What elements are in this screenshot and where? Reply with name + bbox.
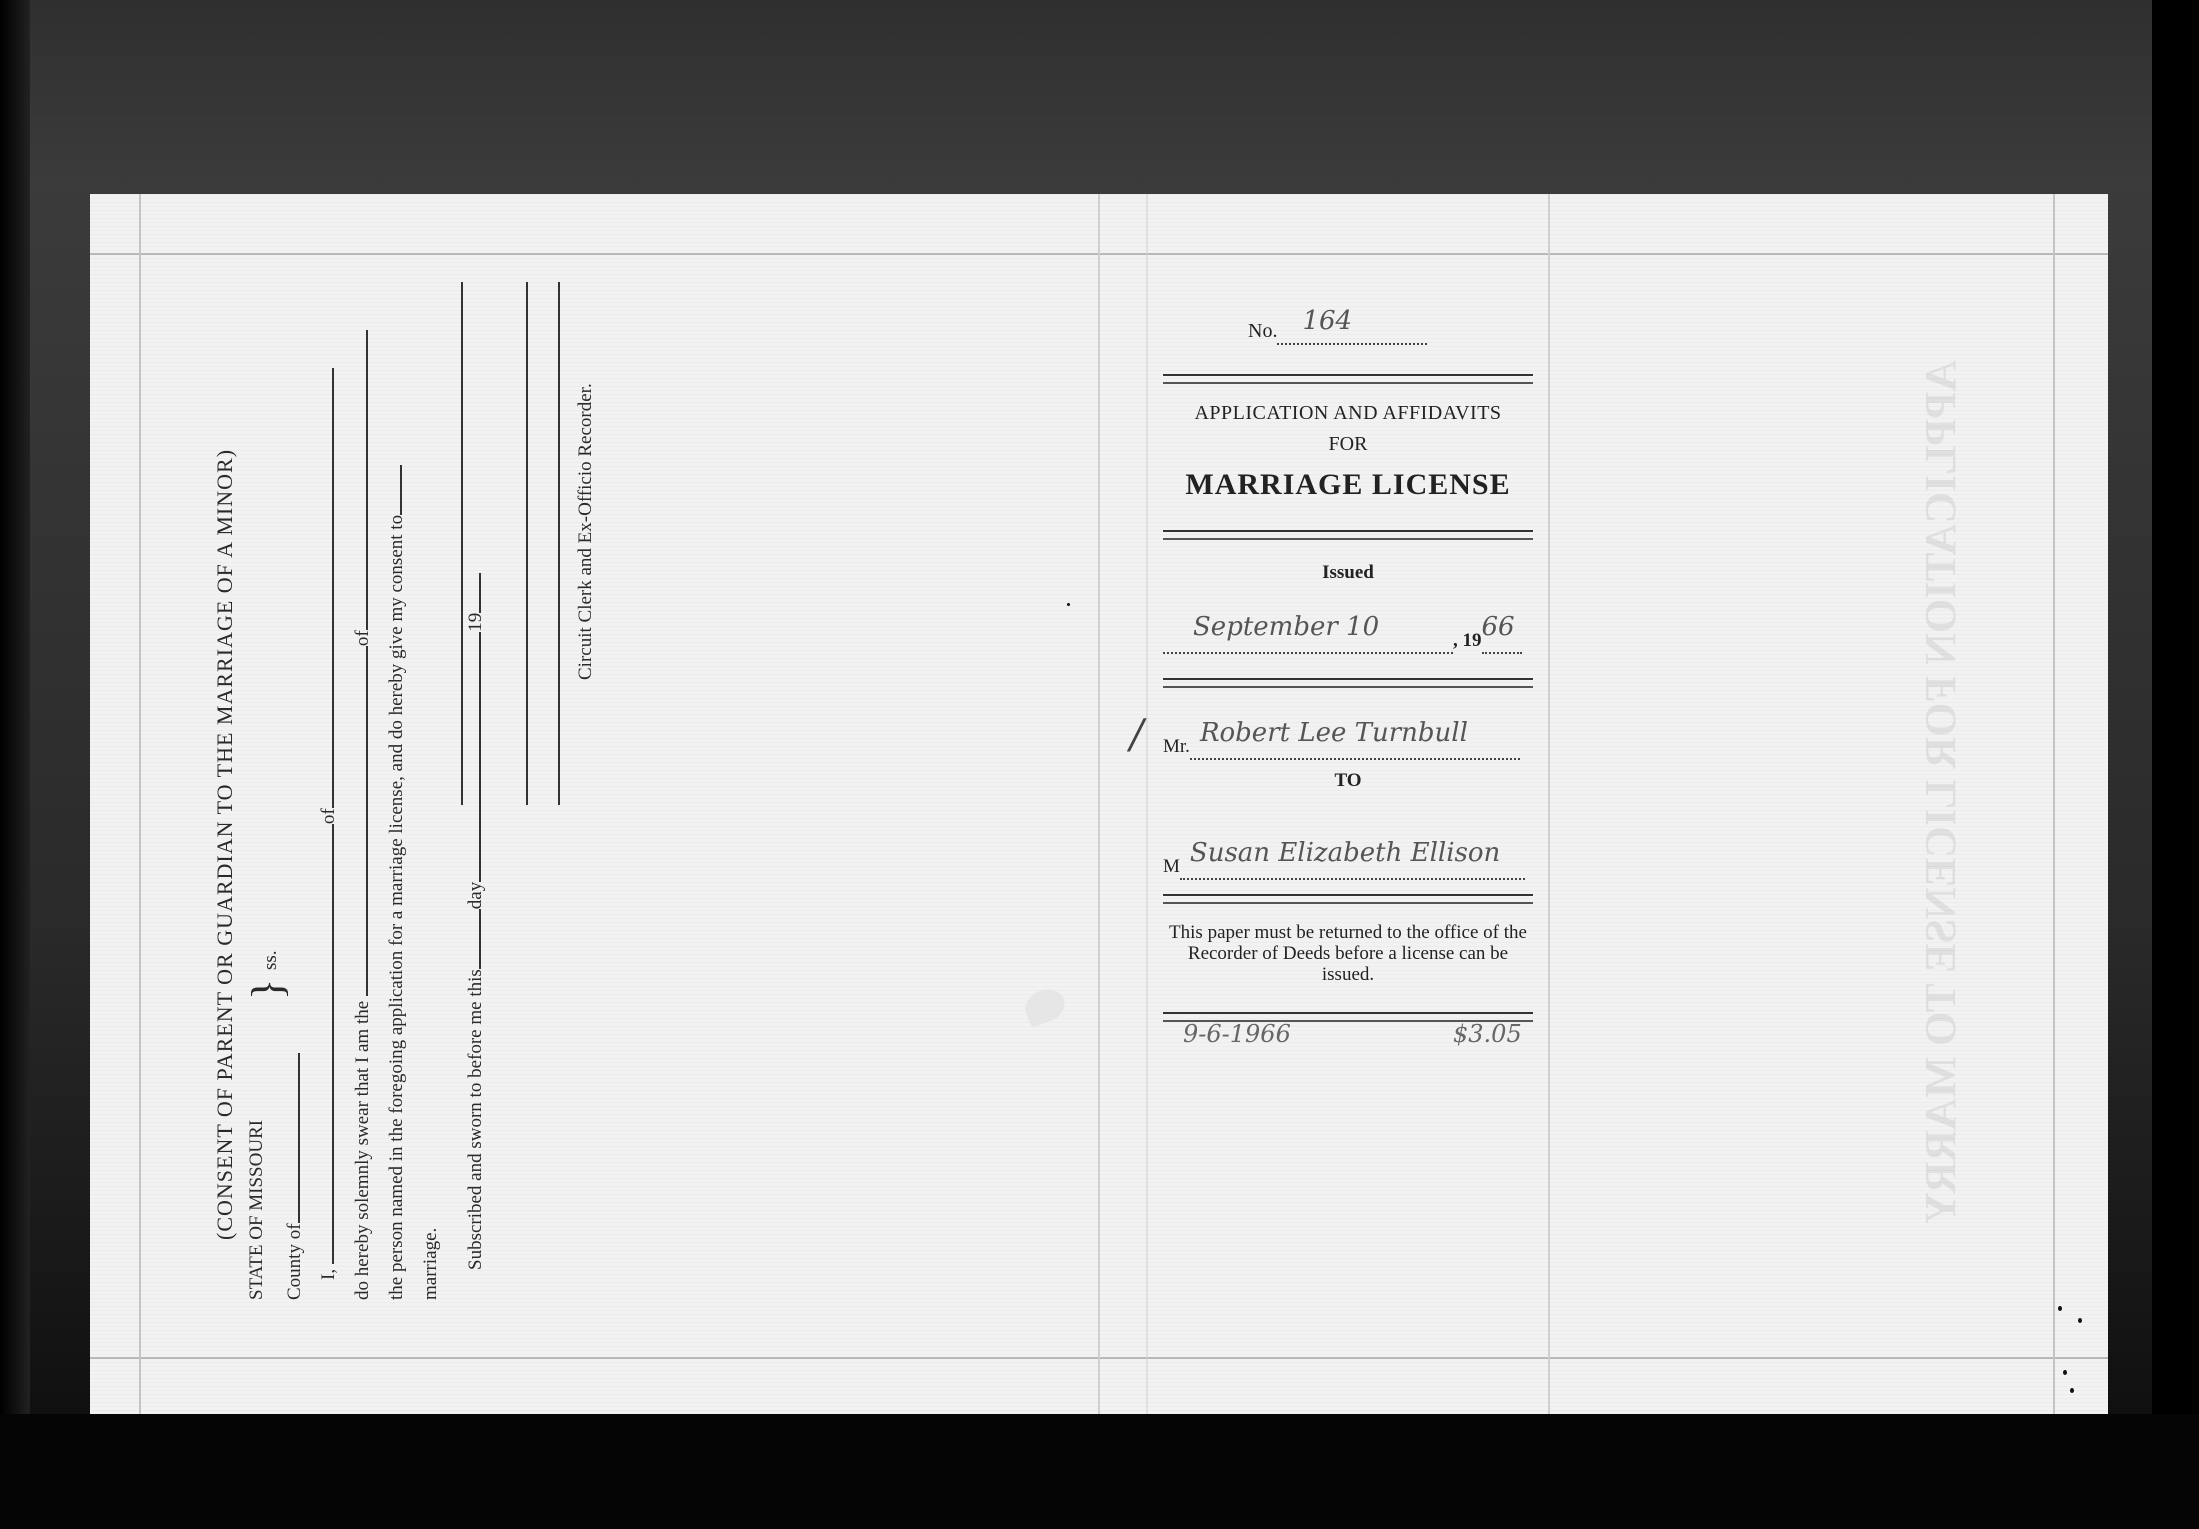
footer-fee: $3.05 — [1453, 1020, 1522, 1048]
swear-row: do hereby solemnly swear that I am the o… — [352, 330, 374, 1300]
issued-label: Issued — [1163, 562, 1533, 584]
groom-prefix: Mr. — [1163, 736, 1190, 757]
issued-year-value: 66 — [1482, 612, 1515, 642]
of-label-1: of — [318, 808, 339, 824]
consent-title: (CONSENT OF PARENT OR GUARDIAN TO THE MA… — [212, 449, 238, 1240]
bride-name: Susan Elizabeth Ellison — [1190, 838, 1500, 868]
issued-date-field[interactable]: September 10 — [1163, 630, 1453, 654]
ss-label: ss. — [260, 950, 282, 970]
issued-date-row: September 10 , 1966 — [1163, 630, 1533, 654]
heading-line-1: APPLICATION AND AFFIDAVITS — [1163, 402, 1533, 425]
i-label: I, — [318, 1269, 339, 1280]
groom-name-field[interactable]: Robert Lee Turnbull — [1190, 736, 1520, 760]
scan-border-bottom — [0, 1414, 2199, 1529]
day-field[interactable] — [479, 909, 481, 969]
scan-border-left — [0, 0, 30, 1529]
marriage-row: marriage. — [420, 1228, 442, 1300]
double-rule — [1163, 374, 1533, 384]
center-fold-line-2 — [1146, 194, 1148, 1414]
signature-line-2 — [526, 282, 528, 805]
subscribed-row: Subscribed and sworn to before me thisda… — [465, 573, 487, 1270]
double-rule — [1163, 530, 1533, 540]
punch-mark — [2070, 1388, 2074, 1393]
of-label-2: of — [352, 630, 373, 646]
punch-mark — [2078, 1318, 2082, 1323]
issued-year-field[interactable]: 66 — [1482, 630, 1522, 654]
heading-line-3: MARRIAGE LICENSE — [1163, 468, 1533, 502]
scan-border-right — [2152, 0, 2199, 1529]
number-label: No. — [1248, 320, 1277, 342]
double-rule — [1163, 894, 1533, 904]
minor-field[interactable] — [366, 330, 368, 630]
punch-mark — [2058, 1306, 2062, 1311]
year-prefix: 19 — [465, 613, 486, 632]
punch-mark — [2063, 1370, 2067, 1375]
groom-name: Robert Lee Turnbull — [1200, 718, 1468, 748]
bride-prefix: M — [1163, 856, 1180, 877]
named-text: the person named in the foregoing applic… — [386, 515, 407, 1300]
groom-row: Mr.Robert Lee Turnbull — [1163, 736, 1533, 760]
i-row: I, of — [318, 368, 340, 1280]
double-rule — [1163, 678, 1533, 688]
left-margin-rule — [139, 194, 141, 1414]
checkmark-icon: / — [1130, 712, 1143, 758]
brace-icon: } — [246, 979, 290, 1000]
month-field[interactable] — [479, 632, 481, 882]
bleed-through-text: APPLICATION FOR LICENSE TO MARRY — [1915, 360, 2035, 1260]
heading-line-2: FOR — [1163, 433, 1533, 456]
center-fold-line — [1098, 194, 1100, 1414]
number-value: 164 — [1302, 306, 1352, 336]
year-prefix: , 19 — [1453, 630, 1482, 651]
named-row: the person named in the foregoing applic… — [386, 465, 408, 1300]
swear-text: do hereby solemnly swear that I am the — [352, 1001, 373, 1300]
clerk-signature-label: Circuit Clerk and Ex-Officio Recorder. — [575, 383, 597, 680]
residence-field[interactable] — [332, 368, 334, 808]
name-field[interactable] — [332, 824, 334, 1264]
county-row: County of — [284, 1053, 306, 1300]
day-label: day — [465, 882, 486, 909]
bride-row: MSusan Elizabeth Ellison — [1163, 856, 1533, 880]
right-fold-line — [1548, 194, 1550, 1414]
year-field[interactable] — [479, 573, 481, 613]
signature-line-3 — [558, 282, 560, 805]
consent-to-field[interactable] — [400, 465, 402, 515]
issued-date-value: September 10 — [1193, 612, 1379, 642]
license-number-row: No.164 — [1248, 320, 1427, 345]
signature-line-1 — [461, 282, 463, 805]
to-label: TO — [1163, 770, 1533, 792]
county-field[interactable] — [298, 1053, 300, 1223]
right-margin-rule — [2053, 194, 2055, 1414]
county-label: County of — [284, 1223, 305, 1300]
state-label: STATE OF MISSOURI — [246, 1120, 268, 1300]
footer-date: 9-6-1966 — [1183, 1020, 1291, 1048]
subscribed-text: Subscribed and sworn to before me this — [465, 969, 486, 1270]
relation-field[interactable] — [366, 646, 368, 996]
return-notice: This paper must be returned to the offic… — [1163, 922, 1533, 985]
number-field[interactable]: 164 — [1277, 320, 1427, 345]
consent-section: (CONSENT OF PARENT OR GUARDIAN TO THE MA… — [200, 260, 620, 1300]
bride-name-field[interactable]: Susan Elizabeth Ellison — [1180, 856, 1525, 880]
dust-speck — [1067, 603, 1070, 606]
